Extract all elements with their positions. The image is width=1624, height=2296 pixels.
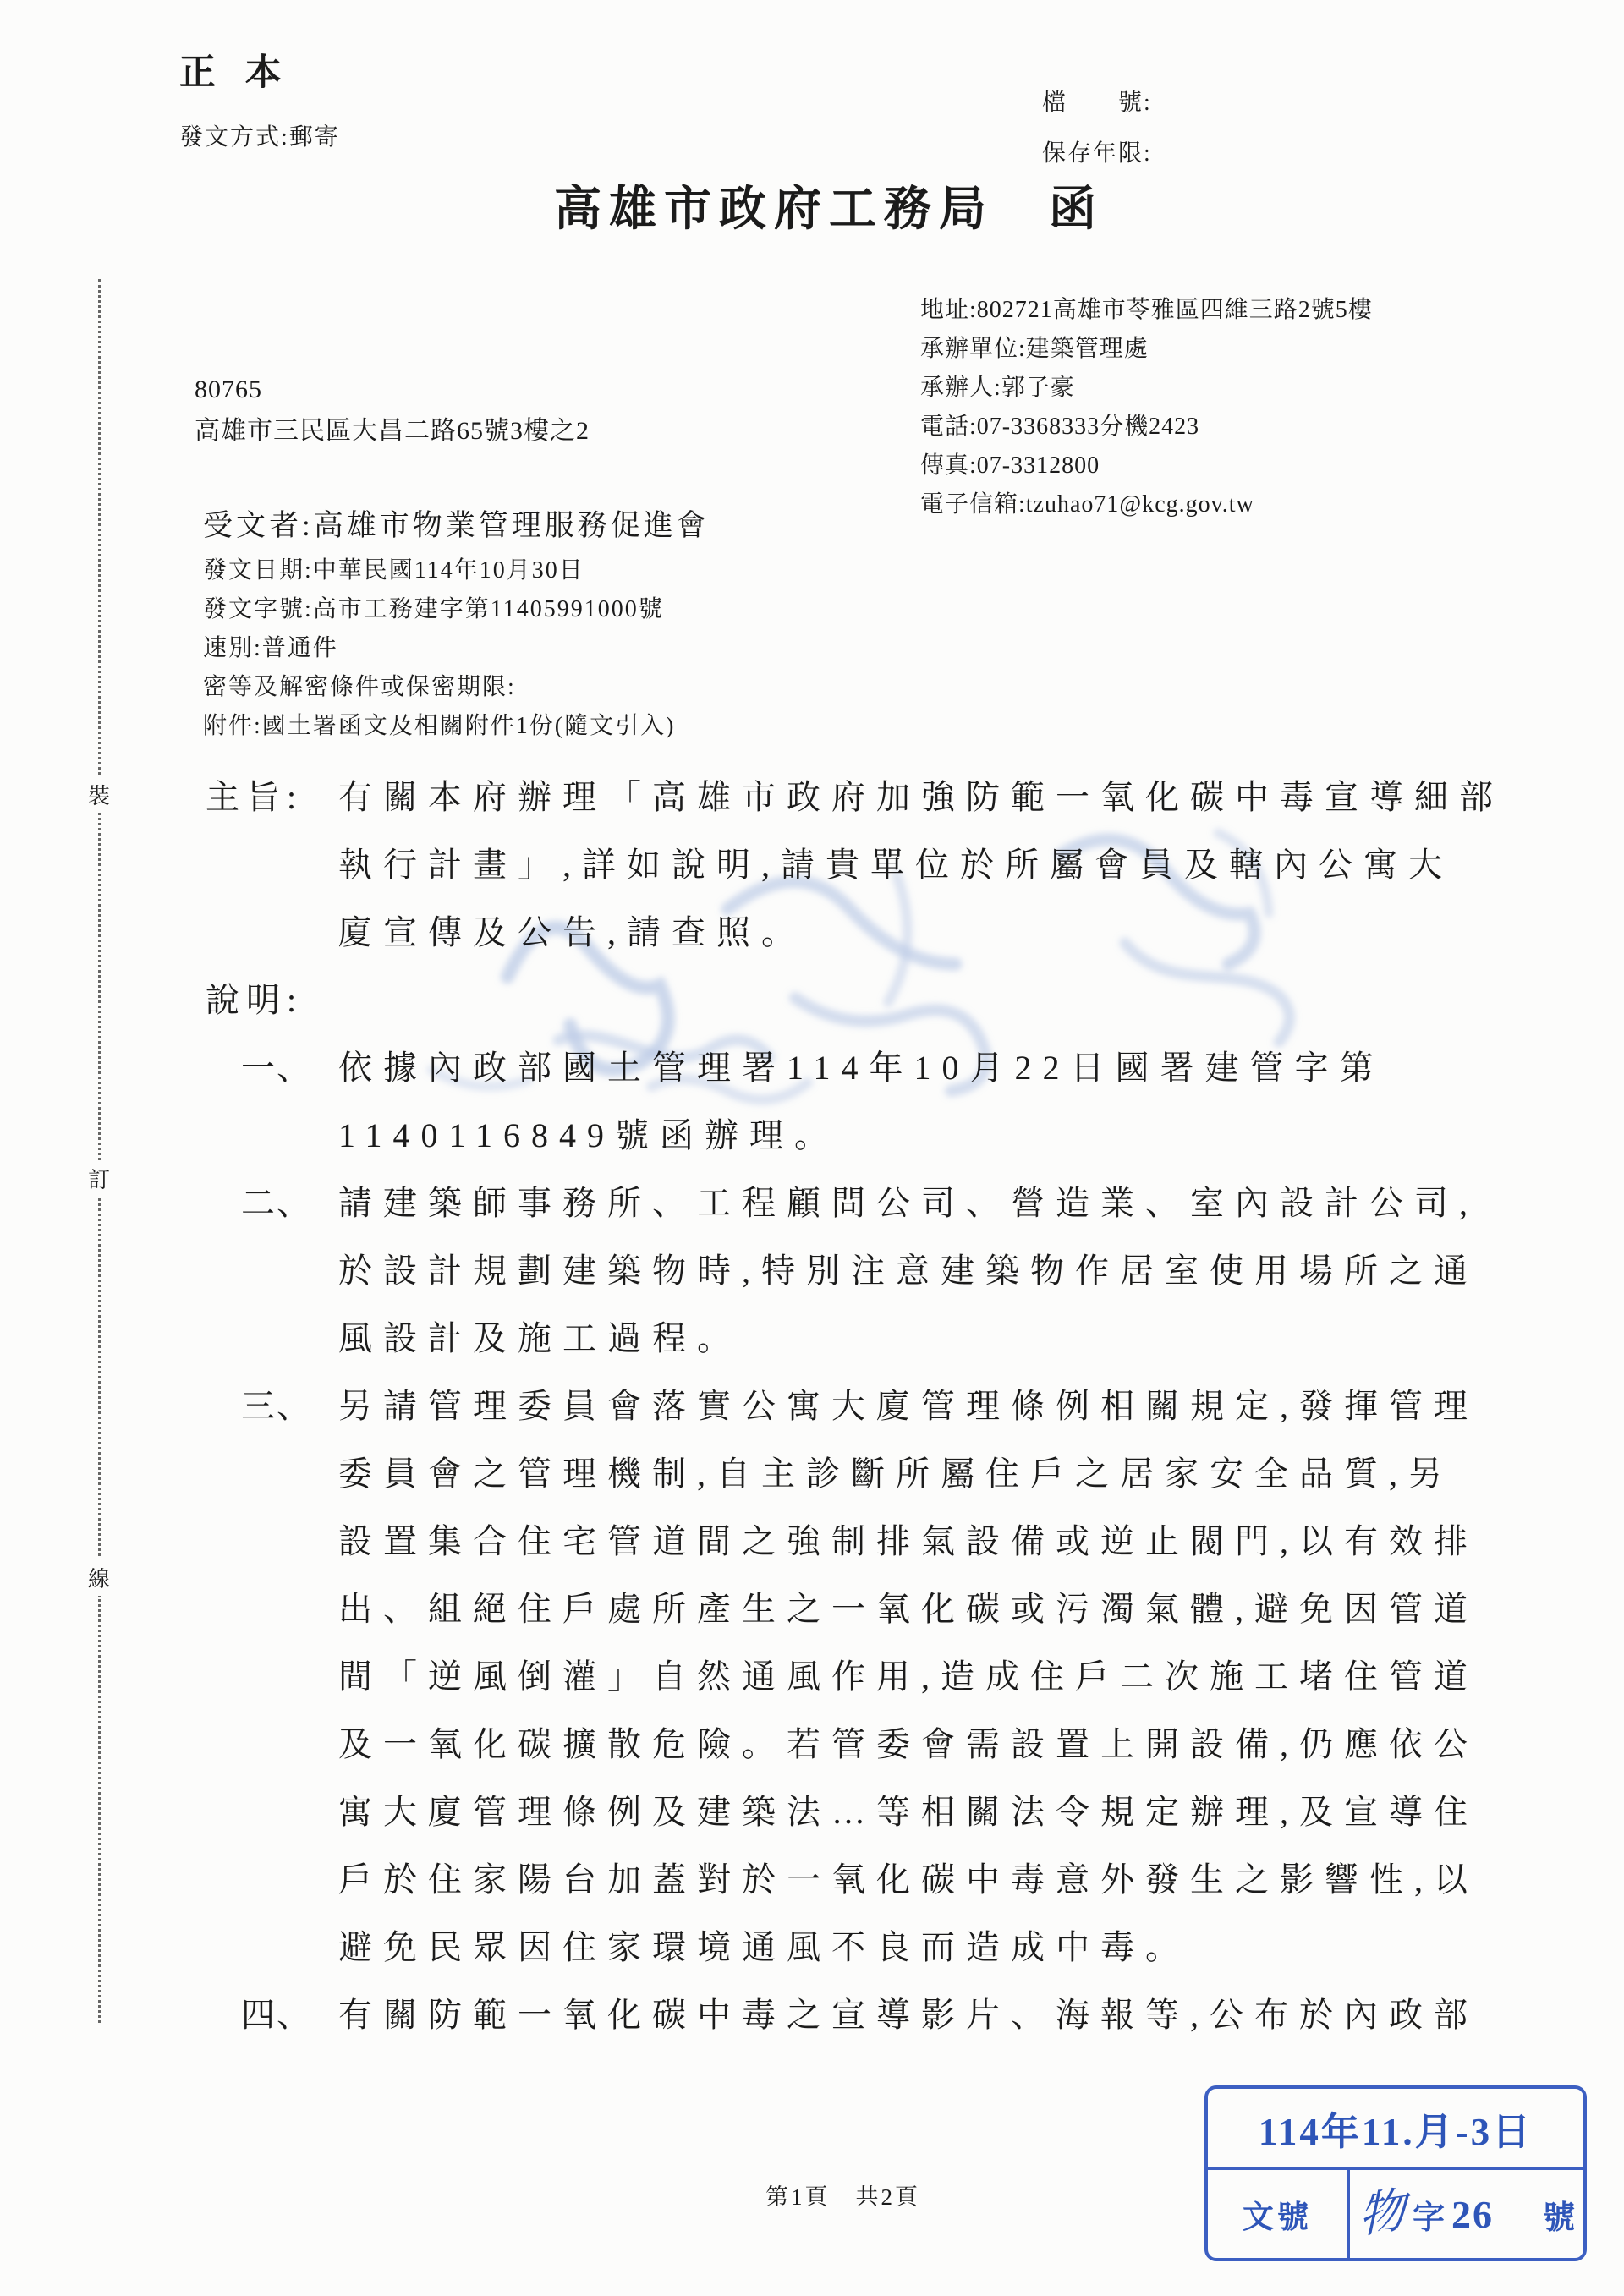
- item-number: 一、: [241, 1034, 312, 1102]
- document-title: 高雄市政府工務局 函: [554, 172, 1104, 239]
- sender-phone: 電話:07-3368333分機2423: [920, 408, 1373, 447]
- subject-label: 主旨:: [206, 764, 303, 831]
- addressee-line: 受文者:高雄市物業管理服務促進會: [203, 502, 710, 545]
- speed-line: 速別:普通件: [203, 629, 675, 668]
- file-number-label: 檔 號:: [1042, 78, 1152, 129]
- description-item: 四、有關防範一氧化碳中毒之宣導影片、海報等,公布於內政部: [0, 1981, 1624, 2049]
- stamp-date: 114年11.月-3日: [1208, 2089, 1583, 2170]
- text-line: 另請管理委員會落實公寓大廈管理條例相關規定,發揮管理: [338, 1373, 1624, 1440]
- text-line: 廈宣傳及公告,請查照。: [338, 899, 1504, 967]
- sender-contact-person: 承辦人:郭子豪: [920, 369, 1373, 408]
- copy-type-label: 正 本: [179, 44, 292, 96]
- sender-info-block: 地址:802721高雄市苓雅區四維三路2號5樓 承辦單位:建築管理處 承辦人:郭…: [920, 291, 1373, 524]
- text-line: 依據內政部國土管理署114年10月22日國署建管字第: [338, 1034, 1624, 1102]
- item-lines: 請建築師事務所、工程顧問公司、營造業、室內設計公司,於設計規劃建築物時,特別注意…: [338, 1170, 1624, 1373]
- stamp-docno-value: 物 字 26 號: [1350, 2170, 1583, 2258]
- sender-address: 地址:802721高雄市苓雅區四維三路2號5樓: [920, 291, 1373, 330]
- file-number-block: 檔 號: 保存年限:: [1042, 78, 1152, 179]
- recipient-street: 高雄市三民區大昌二路65號3樓之2: [195, 410, 590, 452]
- sender-fax: 傳真:07-3312800: [920, 447, 1373, 485]
- description-items: 一、依據內政部國土管理署114年10月22日國署建管字第1140116849號函…: [0, 1034, 1624, 2049]
- text-line: 設置集合住宅管道間之強制排氣設備或逆止閥門,以有效排: [338, 1508, 1624, 1575]
- description-label: 說明:: [206, 967, 303, 1034]
- text-line: 間「逆風倒灌」自然通風作用,造成住戶二次施工堵住管道: [338, 1643, 1624, 1711]
- description-item: 一、依據內政部國土管理署114年10月22日國署建管字第1140116849號函…: [0, 1034, 1624, 1170]
- stamp-number: 26: [1451, 2192, 1494, 2237]
- item-number: 四、: [241, 1981, 312, 2049]
- text-line: 有關本府辦理「高雄市政府加強防範一氧化碳中毒宣導細部: [338, 764, 1504, 831]
- stamp-docno-row: 文號 物 字 26 號: [1208, 2170, 1583, 2258]
- item-lines: 另請管理委員會落實公寓大廈管理條例相關規定,發揮管理委員會之管理機制,自主診斷所…: [338, 1373, 1624, 1981]
- subject-lines: 有關本府辦理「高雄市政府加強防範一氧化碳中毒宣導細部執行計畫」,詳如說明,請貴單…: [338, 764, 1504, 967]
- sender-email: 電子信箱:tzuhao71@kcg.gov.tw: [920, 485, 1373, 524]
- stamp-handwritten-char: 物: [1358, 2186, 1406, 2241]
- description-item: 三、另請管理委員會落實公寓大廈管理條例相關規定,發揮管理委員會之管理機制,自主診…: [0, 1373, 1624, 1981]
- item-lines: 有關防範一氧化碳中毒之宣導影片、海報等,公布於內政部: [338, 1981, 1624, 2049]
- text-line: 出、組絕住戶處所產生之一氧化碳或污濁氣體,避免因管道: [338, 1575, 1624, 1643]
- binding-mark-zhuang: 裝: [82, 776, 116, 813]
- send-date-line: 發文日期:中華民國114年10月30日: [203, 551, 675, 590]
- text-line: 有關防範一氧化碳中毒之宣導影片、海報等,公布於內政部: [338, 1981, 1624, 2049]
- item-number: 二、: [241, 1170, 312, 1237]
- scanned-official-letter: 正 本 發文方式:郵寄 檔 號: 保存年限: 高雄市政府工務局 函 地址:802…: [0, 0, 1624, 2296]
- page-number-footer: 第1頁 共2頁: [765, 2178, 920, 2211]
- doc-number-line: 發文字號:高市工務建字第11405991000號: [203, 590, 675, 629]
- security-line: 密等及解密條件或保密期限:: [203, 668, 675, 707]
- text-line: 及一氧化碳擴散危險。若管委會需設置上開設備,仍應依公: [338, 1711, 1624, 1778]
- attachment-line: 附件:國土署函文及相關附件1份(隨文引入): [203, 707, 675, 746]
- stamp-docno-label: 文號: [1208, 2170, 1350, 2258]
- document-meta-block: 發文日期:中華民國114年10月30日 發文字號:高市工務建字第11405991…: [203, 551, 675, 746]
- stamp-hao-char: 號: [1543, 2191, 1575, 2238]
- received-date-stamp: 114年11.月-3日 文號 物 字 26 號: [1204, 2085, 1587, 2261]
- recipient-address-block: 80765 高雄市三民區大昌二路65號3樓之2: [195, 369, 590, 452]
- binding-mark-ding: 訂: [82, 1160, 116, 1197]
- sender-unit: 承辦單位:建築管理處: [920, 330, 1373, 369]
- binding-dotted-line: [98, 279, 101, 2023]
- item-lines: 依據內政部國土管理署114年10月22日國署建管字第1140116849號函辦理…: [338, 1034, 1624, 1170]
- recipient-zip: 80765: [195, 369, 590, 410]
- stamp-zi-char: 字: [1413, 2191, 1445, 2238]
- text-line: 於設計規劃建築物時,特別注意建築物作居室使用場所之通: [338, 1237, 1624, 1305]
- description-item: 二、請建築師事務所、工程顧問公司、營造業、室內設計公司,於設計規劃建築物時,特別…: [0, 1170, 1624, 1373]
- text-line: 1140116849號函辦理。: [338, 1102, 1624, 1170]
- item-number: 三、: [241, 1373, 312, 1440]
- text-line: 風設計及施工過程。: [338, 1305, 1624, 1373]
- text-line: 避免民眾因住家環境通風不良而造成中毒。: [338, 1914, 1624, 1981]
- text-line: 委員會之管理機制,自主診斷所屬住戶之居家安全品質,另: [338, 1440, 1624, 1508]
- binding-mark-xian: 線: [82, 1559, 116, 1596]
- text-line: 請建築師事務所、工程顧問公司、營造業、室內設計公司,: [338, 1170, 1624, 1237]
- text-line: 戶於住家陽台加蓋對於一氧化碳中毒意外發生之影響性,以: [338, 1846, 1624, 1914]
- text-line: 執行計畫」,詳如說明,請貴單位於所屬會員及轄內公寓大: [338, 831, 1504, 899]
- text-line: 寓大廈管理條例及建築法…等相關法令規定辦理,及宣導住: [338, 1778, 1624, 1846]
- delivery-method-label: 發文方式:郵寄: [179, 118, 340, 152]
